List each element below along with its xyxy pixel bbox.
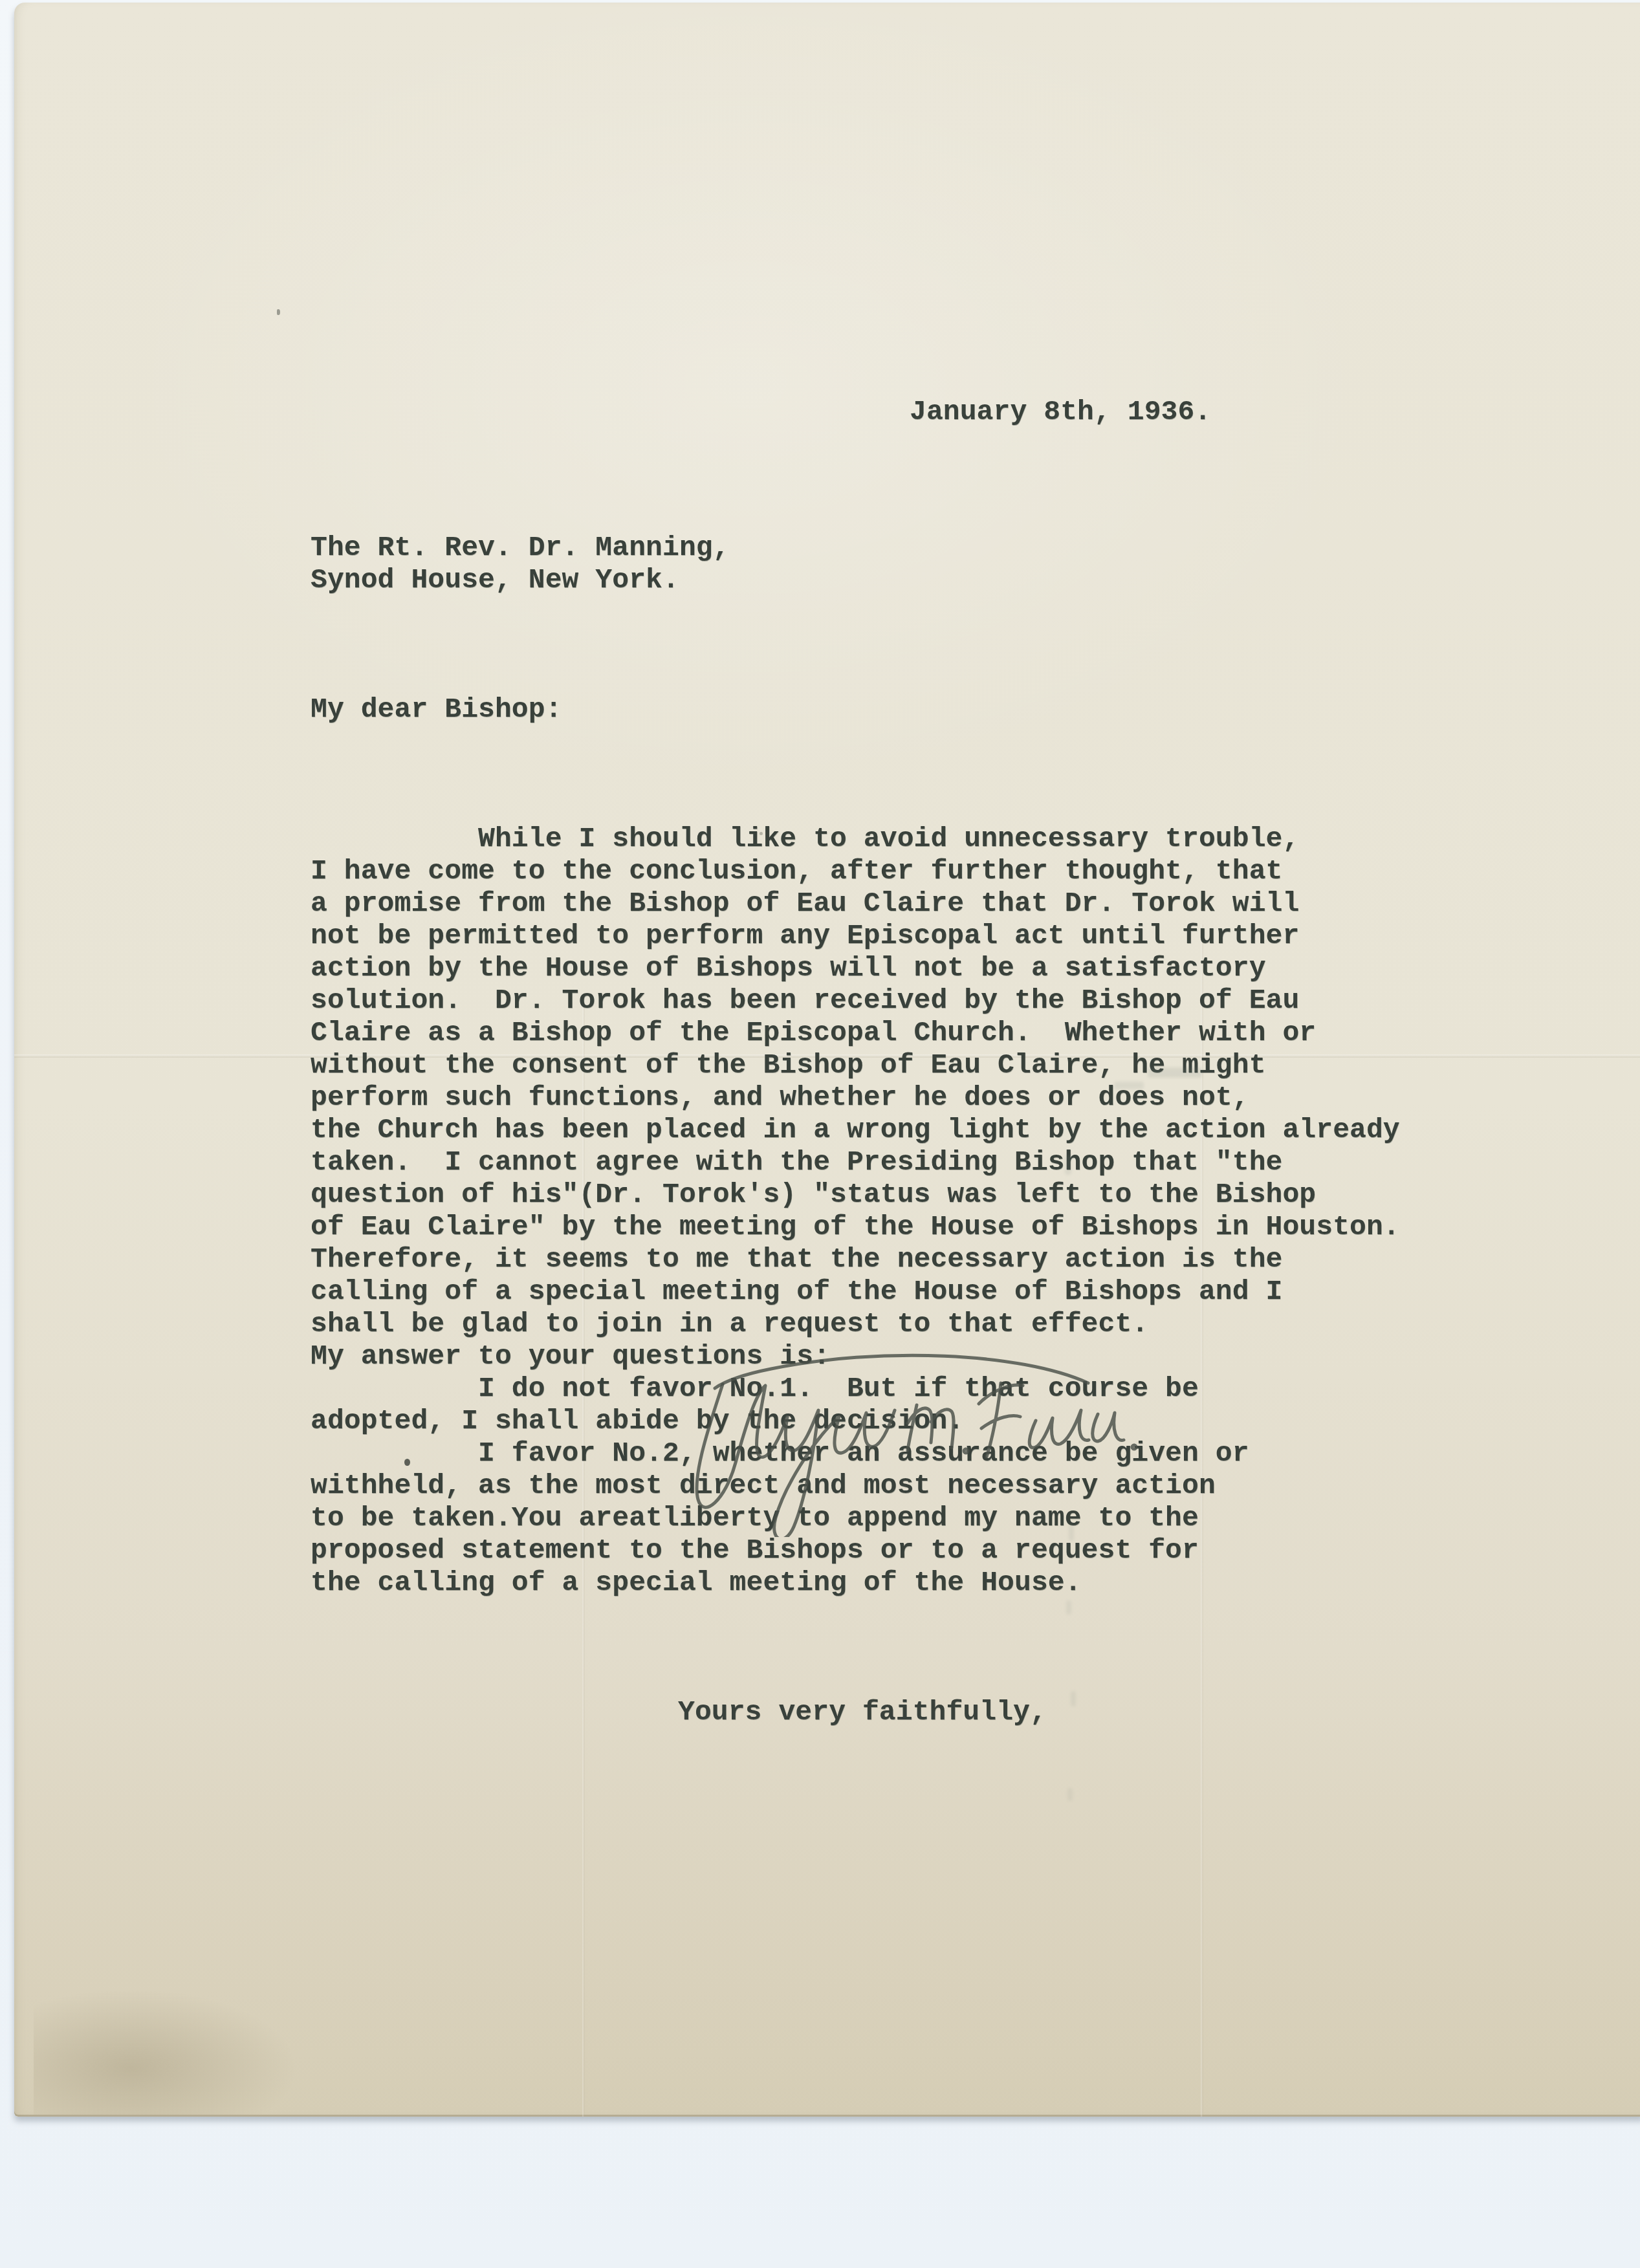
body-line: question of his"(Dr. Torok's) "status wa… [311,1179,1400,1211]
body-line: Therefore, it seems to me that the neces… [311,1243,1400,1276]
body-line: I have come to the conclusion, after fur… [311,855,1400,888]
signature-m-initial [908,1405,968,1453]
body-line: the Church has been placed in a wrong li… [311,1114,1400,1146]
body-line: perform such functions, and whether he d… [311,1082,1400,1114]
body-line: the calling of a special meeting of the … [311,1567,1400,1599]
signature-joseph [697,1384,895,1537]
recipient-address: The Rt. Rev. Dr. Manning,Synod House, Ne… [311,532,1400,596]
letter-page: January 8th, 1936. The Rt. Rev. Dr. Mann… [14,3,1640,2117]
body-line: While I should like to avoid unnecessary… [311,823,1400,855]
ink-speck [760,832,763,835]
body-line: shall be glad to join in a request to th… [311,1308,1400,1340]
body-line: solution. Dr. Torok has been received by… [311,985,1400,1017]
body-line: taken. I cannot agree with the Presiding… [311,1146,1400,1179]
salutation: My dear Bishop: [311,693,1400,726]
recipient-line: The Rt. Rev. Dr. Manning, [311,532,1400,564]
bleed-through-mark [1069,1524,1074,1541]
ink-speck [277,309,280,315]
bleed-through-mark [1114,1082,1144,1089]
body-line: of Eau Claire" by the meeting of the Hou… [311,1211,1400,1243]
bleed-through-mark [1148,1067,1202,1078]
body-line: calling of a special meeting of the Hous… [311,1276,1400,1308]
body-line: Claire as a Bishop of the Episcopal Chur… [311,1017,1400,1049]
paper-aging-smudge [34,1982,312,2115]
body-line: without the consent of the Bishop of Eau… [311,1049,1400,1082]
signature-handwritten [658,1343,1195,1537]
body-line [311,1599,1400,1631]
letter-text: January 8th, 1936. The Rt. Rev. Dr. Mann… [311,331,1400,1793]
ink-speck [404,1459,410,1466]
bleed-through-mark [1066,1600,1071,1615]
signature-francis [979,1383,1136,1457]
body-line: a promise from the Bishop of Eau Claire … [311,888,1400,920]
bleed-through-mark [1067,1788,1073,1801]
bleed-through-mark [1071,1691,1076,1706]
body-line: not be permitted to perform any Episcopa… [311,920,1400,952]
signature-flourish [715,1355,1088,1388]
recipient-line: Synod House, New York. [311,564,1400,596]
body-line: action by the House of Bishops will not … [311,952,1400,985]
body-line: proposed statement to the Bishops or to … [311,1534,1400,1567]
bleed-through-mark [1065,1155,1071,1175]
letter-date: January 8th, 1936. [910,396,1400,428]
closing: Yours very faithfully, [678,1696,1400,1728]
